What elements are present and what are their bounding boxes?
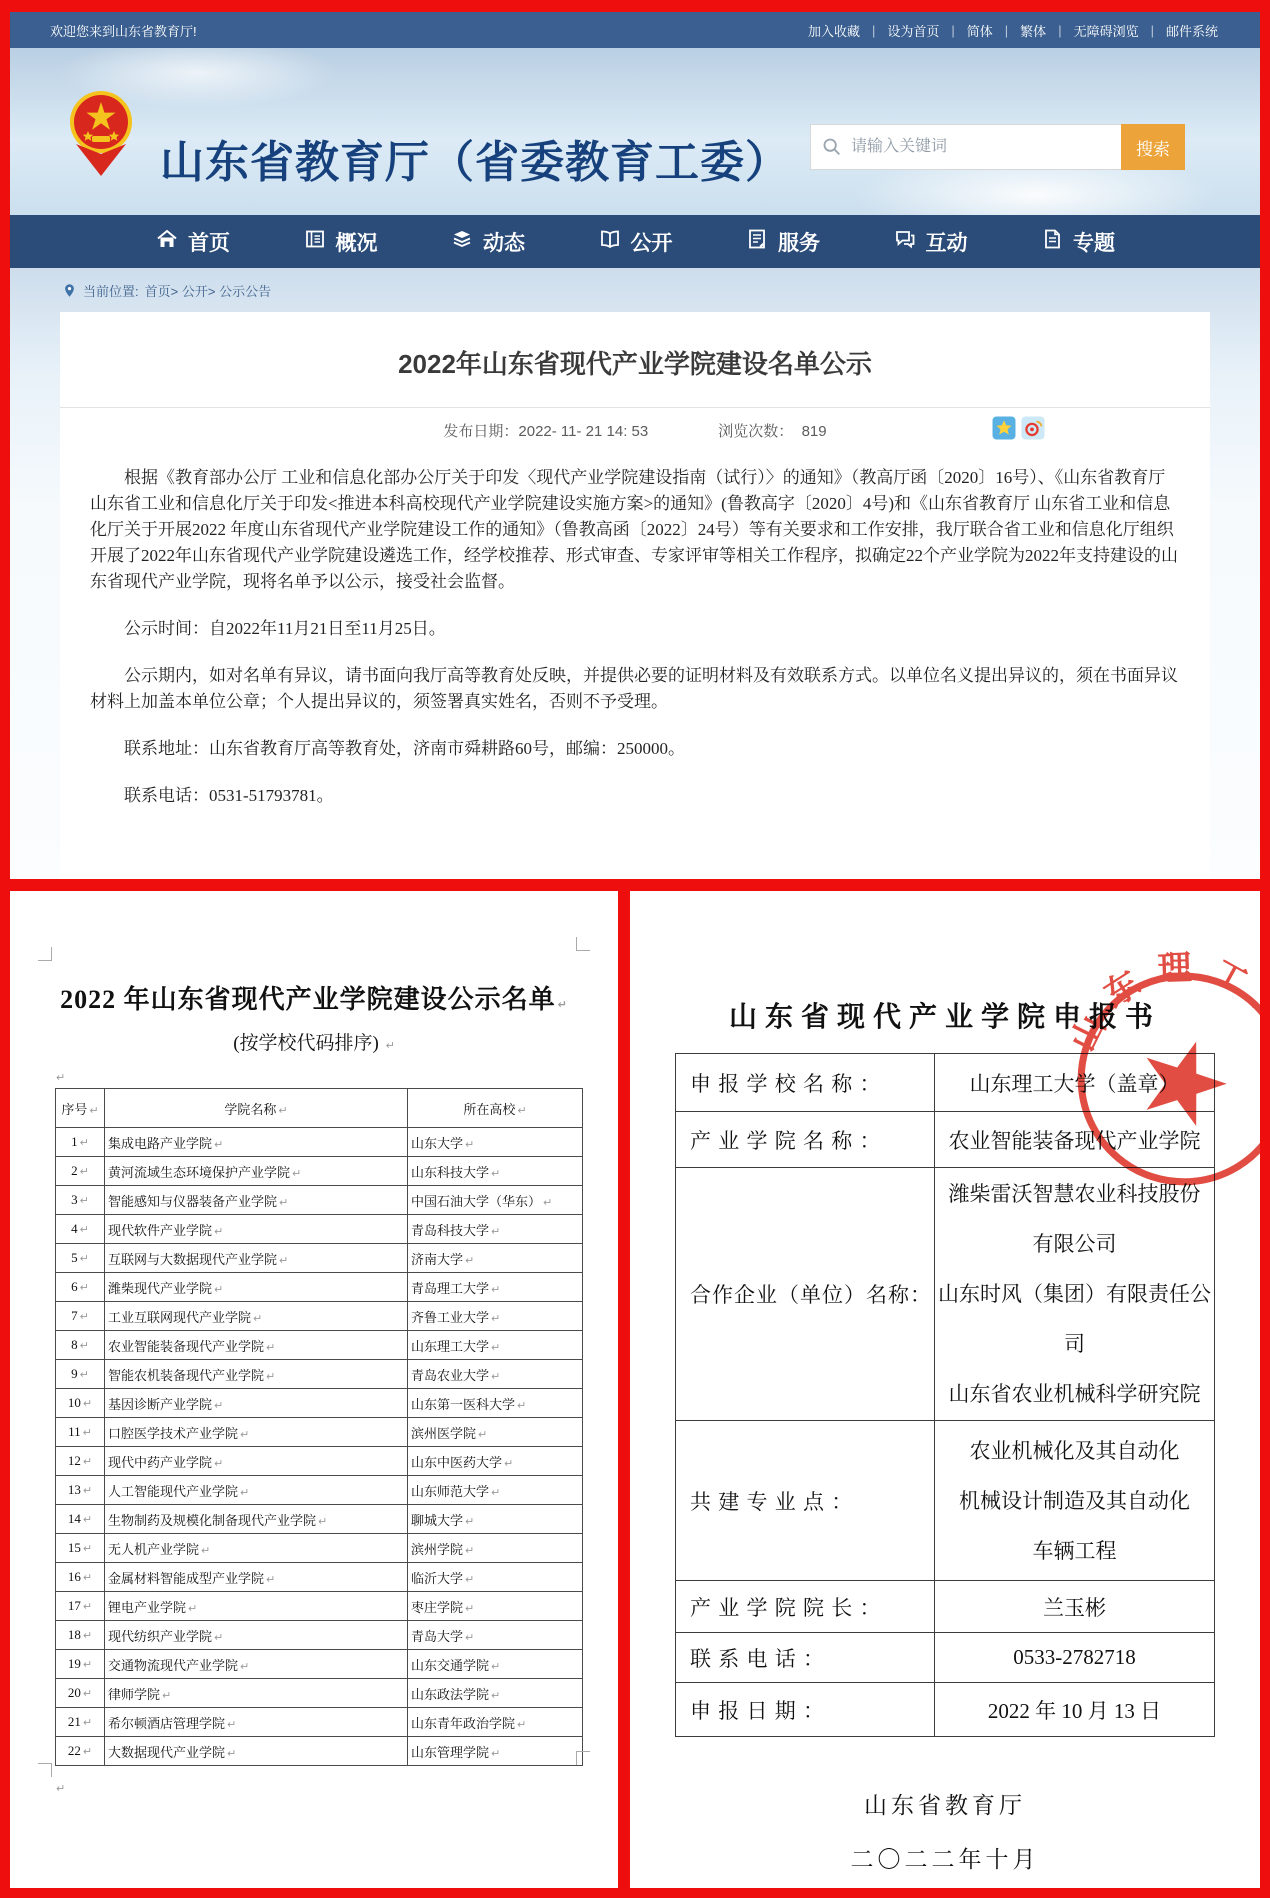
college-name-cell: 口腔医学技术产业学院↵	[105, 1418, 408, 1447]
return-mark: ↵	[80, 1194, 89, 1207]
cell-text: 16	[68, 1569, 81, 1584]
cell-text: 智能感知与仪器装备产业学院	[108, 1194, 277, 1209]
university-cell: 山东理工大学↵	[408, 1331, 583, 1360]
cell-text: 枣庄学院	[411, 1600, 463, 1615]
topbar-link-2[interactable]: 简体	[967, 21, 993, 40]
cell-text: 滨州医学院	[411, 1426, 476, 1441]
form-value-line: 兰玉彬	[936, 1592, 1213, 1622]
table-row: 7↵工业互联网现代产业学院↵齐鲁工业大学↵	[56, 1302, 583, 1331]
university-cell: 青岛理工大学↵	[408, 1273, 583, 1302]
college-list-table: 序号↵学院名称↵所在高校↵ 1↵集成电路产业学院↵山东大学↵2↵黄河流域生态环境…	[55, 1088, 583, 1766]
form-row-label: 共 建 专 业 点 ：	[676, 1421, 935, 1581]
return-mark: ↵	[83, 1484, 92, 1497]
article-meta: 发布日期：2022- 11- 21 14: 53 浏览次数： 819	[60, 408, 1210, 441]
university-cell: 青岛农业大学↵	[408, 1360, 583, 1389]
cell-text: 交通物流现代产业学院	[108, 1658, 238, 1673]
university-cell: 山东管理学院↵	[408, 1737, 583, 1766]
cell-text: 齐鲁工业大学	[411, 1310, 489, 1325]
cell-text: 11	[68, 1424, 81, 1439]
return-mark: ↵	[80, 1339, 89, 1352]
return-mark: ↵	[543, 1196, 552, 1209]
cell-text: 临沂大学	[411, 1571, 463, 1586]
return-mark: ↵	[517, 1104, 526, 1117]
return-mark: ↵	[80, 1310, 89, 1323]
cell-text: 22	[68, 1743, 81, 1758]
form-value-line: 2022 年 10 月 13 日	[936, 1695, 1213, 1725]
footer-date: 二〇二二年十月	[630, 1833, 1260, 1887]
view-count: 浏览次数： 819	[718, 420, 826, 441]
nav-item-label: 首页	[188, 227, 230, 257]
form-row: 产 业 学 院 院 长 ：兰玉彬	[676, 1581, 1215, 1633]
topbar-separator: |	[1005, 23, 1008, 38]
form-value-line: 潍柴雷沃智慧农业科技股份	[936, 1169, 1213, 1219]
row-number-cell: 15↵	[56, 1534, 105, 1563]
row-number-cell: 4↵	[56, 1215, 105, 1244]
column-header-text: 学院名称	[224, 1102, 276, 1117]
form-row-label: 产 业 学 院 院 长 ：	[676, 1581, 935, 1633]
cell-text: 1	[71, 1134, 78, 1149]
return-mark: ↵	[240, 1486, 249, 1499]
page-frame: 欢迎您来到山东省教育厅! 加入收藏|设为首页|简体|繁体|无障碍浏览|邮件系统 …	[0, 0, 1270, 1898]
return-mark: ↵	[491, 1689, 500, 1702]
return-mark: ↵	[318, 1515, 327, 1528]
cell-text: 18	[68, 1627, 81, 1642]
cell-text: 生物制药及规模化制备现代产业学院	[108, 1513, 316, 1528]
college-name-cell: 农业智能装备现代产业学院↵	[105, 1331, 408, 1360]
cell-text: 青岛科技大学	[411, 1223, 489, 1238]
form-row: 产 业 学 院 名 称 ：农业智能装备现代产业学院	[676, 1112, 1215, 1168]
form-row-label: 合作企业（单位）名称：	[676, 1168, 935, 1421]
return-mark: ↵	[465, 1573, 474, 1586]
cell-text: 山东理工大学	[411, 1339, 489, 1354]
return-mark: ↵	[386, 1039, 395, 1052]
cell-text: 现代软件产业学院	[108, 1223, 212, 1238]
row-number-cell: 13↵	[56, 1476, 105, 1505]
cell-text: 13	[68, 1482, 81, 1497]
return-mark: ↵	[478, 1428, 487, 1441]
cell-text: 潍柴现代产业学院	[108, 1281, 212, 1296]
cell-text: 山东第一医科大学	[411, 1397, 515, 1412]
view-count-value: 819	[802, 423, 827, 440]
table-row: 5↵互联网与大数据现代产业学院↵济南大学↵	[56, 1244, 583, 1273]
china-national-emblem-logo	[68, 84, 134, 178]
return-mark: ↵	[266, 1573, 275, 1586]
university-cell: 滨州医学院↵	[408, 1418, 583, 1447]
cell-text: 10	[68, 1395, 81, 1410]
cell-text: 青岛理工大学	[411, 1281, 489, 1296]
college-name-cell: 现代中药产业学院↵	[105, 1447, 408, 1476]
nav-item-label: 专题	[1073, 227, 1115, 257]
public-list-document: 2022 年山东省现代产业学院建设公示名单↵ (按学校代码排序) ↵ ↵ 序号↵…	[10, 891, 618, 1888]
return-mark: ↵	[465, 1631, 474, 1644]
return-mark: ↵	[491, 1341, 500, 1354]
table-row: 4↵现代软件产业学院↵青岛科技大学↵	[56, 1215, 583, 1244]
cell-text: 青岛农业大学	[411, 1368, 489, 1383]
form-row: 申 报 日 期 ：2022 年 10 月 13 日	[676, 1683, 1215, 1737]
return-mark: ↵	[56, 1071, 618, 1084]
college-name-cell: 基因诊断产业学院↵	[105, 1389, 408, 1418]
form-row-value: 2022 年 10 月 13 日	[935, 1683, 1215, 1737]
college-name-cell: 潍柴现代产业学院↵	[105, 1273, 408, 1302]
return-mark: ↵	[279, 1196, 288, 1209]
cell-text: 黄河流域生态环境保护产业学院	[108, 1165, 290, 1180]
return-mark: ↵	[201, 1544, 210, 1557]
cell-text: 9	[71, 1366, 78, 1381]
breadcrumb-link-2[interactable]: 公示公告	[219, 284, 271, 299]
table-row: 21↵希尔顿酒店管理学院↵山东青年政治学院↵	[56, 1708, 583, 1737]
cell-text: 金属材料智能成型产业学院	[108, 1571, 264, 1586]
form-footer: 山东省教育厅 二〇二二年十月	[630, 1779, 1260, 1887]
table-row: 14↵生物制药及规模化制备现代产业学院↵聊城大学↵	[56, 1505, 583, 1534]
cell-text: 律师学院	[108, 1687, 160, 1702]
cell-text: 现代纺织产业学院	[108, 1629, 212, 1644]
table-row: 8↵农业智能装备现代产业学院↵山东理工大学↵	[56, 1331, 583, 1360]
return-mark: ↵	[83, 1745, 92, 1758]
topics-icon	[1040, 227, 1064, 257]
site-title: 山东省教育厅（省委教育工委）	[160, 126, 790, 190]
university-cell: 齐鲁工业大学↵	[408, 1302, 583, 1331]
table-row: 18↵现代纺织产业学院↵青岛大学↵	[56, 1621, 583, 1650]
topbar-link-4[interactable]: 无障碍浏览	[1074, 21, 1139, 40]
nav-item-动态[interactable]: 动态	[450, 227, 525, 257]
article-paragraph: 公示期内，如对名单有异议，请书面向我厅高等教育处反映，并提供必要的证明材料及有效…	[90, 663, 1178, 715]
cell-text: 15	[68, 1540, 81, 1555]
table-row: 10↵基因诊断产业学院↵山东第一医科大学↵	[56, 1389, 583, 1418]
search-button[interactable]: 搜索	[1121, 124, 1185, 170]
row-number-cell: 7↵	[56, 1302, 105, 1331]
college-name-cell: 生物制药及规模化制备现代产业学院↵	[105, 1505, 408, 1534]
breadcrumb-parts: 首页> 公开> 公示公告	[145, 281, 271, 300]
breadcrumb-link-1[interactable]: 公开	[182, 284, 208, 299]
return-mark: ↵	[214, 1631, 223, 1644]
college-name-cell: 智能感知与仪器装备产业学院↵	[105, 1186, 408, 1215]
qzone-share-icon[interactable]	[992, 416, 1016, 440]
return-mark: ↵	[83, 1542, 92, 1555]
topbar-separator: |	[872, 23, 875, 38]
interaction-icon	[893, 227, 917, 257]
topbar-link-1[interactable]: 设为首页	[887, 21, 939, 40]
table-row: 16↵金属材料智能成型产业学院↵临沂大学↵	[56, 1563, 583, 1592]
university-cell: 山东师范大学↵	[408, 1476, 583, 1505]
nav-item-label: 概况	[336, 227, 378, 257]
row-number-cell: 6↵	[56, 1273, 105, 1302]
publish-date-label: 发布日期：	[443, 423, 518, 440]
cell-text: 20	[68, 1685, 81, 1700]
article-paragraph: 根据《教育部办公厅 工业和信息化部办公厅关于印发〈现代产业学院建设指南（试行）〉…	[90, 465, 1178, 595]
table-row: 12↵现代中药产业学院↵山东中医药大学↵	[56, 1447, 583, 1476]
table-row: 2↵黄河流域生态环境保护产业学院↵山东科技大学↵	[56, 1157, 583, 1186]
return-mark: ↵	[465, 1515, 474, 1528]
return-mark: ↵	[214, 1225, 223, 1238]
return-mark: ↵	[266, 1341, 275, 1354]
overview-icon	[303, 227, 327, 257]
table-header-row: 序号↵学院名称↵所在高校↵	[56, 1089, 583, 1128]
nav-item-专题[interactable]: 专题	[1040, 227, 1115, 257]
return-mark: ↵	[491, 1312, 500, 1325]
cell-text: 14	[68, 1511, 81, 1526]
row-number-cell: 8↵	[56, 1331, 105, 1360]
news-icon	[450, 227, 474, 257]
margin-crop-mark	[576, 1751, 590, 1765]
row-number-cell: 2↵	[56, 1157, 105, 1186]
welcome-text: 欢迎您来到山东省教育厅!	[50, 21, 197, 40]
form-row-value: 0533-2782718	[935, 1633, 1215, 1683]
cell-text: 中国石油大学（华东）	[411, 1194, 541, 1209]
cell-text: 6	[71, 1279, 78, 1294]
topbar-link-3[interactable]: 繁体	[1020, 21, 1046, 40]
article-card: 2022年山东省现代产业学院建设名单公示 发布日期：2022- 11- 21 1…	[60, 312, 1210, 879]
table-row: 15↵无人机产业学院↵滨州学院↵	[56, 1534, 583, 1563]
return-mark: ↵	[266, 1370, 275, 1383]
topbar-separator: |	[951, 23, 954, 38]
college-name-cell: 交通物流现代产业学院↵	[105, 1650, 408, 1679]
form-row-value: 农业机械化及其自动化机械设计制造及其自动化车辆工程	[935, 1421, 1215, 1581]
cell-text: 2	[71, 1163, 78, 1178]
cell-text: 希尔顿酒店管理学院	[108, 1716, 225, 1731]
row-number-cell: 21↵	[56, 1708, 105, 1737]
list-document-subtitle: (按学校代码排序) ↵	[10, 1028, 618, 1055]
breadcrumb-separator: >	[208, 284, 219, 299]
cell-text: 现代中药产业学院	[108, 1455, 212, 1470]
return-mark: ↵	[214, 1457, 223, 1470]
return-mark: ↵	[80, 1281, 89, 1294]
cell-text: 无人机产业学院	[108, 1542, 199, 1557]
openness-icon	[598, 227, 622, 257]
cell-text: 智能农机装备现代产业学院	[108, 1368, 264, 1383]
nav-item-互动[interactable]: 互动	[893, 227, 968, 257]
return-mark: ↵	[83, 1455, 92, 1468]
return-mark: ↵	[80, 1136, 89, 1149]
return-mark: ↵	[83, 1629, 92, 1642]
return-mark: ↵	[465, 1544, 474, 1557]
column-header-text: 序号	[61, 1102, 87, 1117]
topbar-link-0[interactable]: 加入收藏	[808, 21, 860, 40]
university-cell: 山东科技大学↵	[408, 1157, 583, 1186]
form-value-line: 山东省农业机械科学研究院	[936, 1369, 1213, 1419]
list-document-title: 2022 年山东省现代产业学院建设公示名单↵	[10, 891, 618, 1016]
share-icons	[992, 416, 1045, 440]
row-number-cell: 10↵	[56, 1389, 105, 1418]
row-number-cell: 11↵	[56, 1418, 105, 1447]
row-number-cell: 12↵	[56, 1447, 105, 1476]
breadcrumb: 当前位置: 首页> 公开> 公示公告	[10, 268, 1260, 312]
row-number-cell: 16↵	[56, 1563, 105, 1592]
university-cell: 山东政法学院↵	[408, 1679, 583, 1708]
return-mark: ↵	[278, 1104, 287, 1117]
university-cell: 临沂大学↵	[408, 1563, 583, 1592]
column-header-text: 所在高校	[463, 1102, 515, 1117]
cell-text: 4	[71, 1221, 78, 1236]
search-input[interactable]	[810, 124, 1121, 170]
return-mark: ↵	[83, 1687, 92, 1700]
form-row: 合作企业（单位）名称：潍柴雷沃智慧农业科技股份有限公司山东时风（集团）有限责任公…	[676, 1168, 1215, 1421]
topbar-link-5[interactable]: 邮件系统	[1166, 21, 1218, 40]
form-value-line: 山东理工大学（盖章）	[936, 1068, 1213, 1098]
cell-text: 口腔医学技术产业学院	[108, 1426, 238, 1441]
return-mark: ↵	[162, 1689, 171, 1702]
margin-crop-mark	[38, 947, 52, 961]
cell-text: 人工智能现代产业学院	[108, 1484, 238, 1499]
cell-text: 8	[71, 1337, 78, 1352]
return-mark: ↵	[465, 1138, 474, 1151]
college-name-cell: 人工智能现代产业学院↵	[105, 1476, 408, 1505]
return-mark: ↵	[214, 1399, 223, 1412]
cell-text: 山东中医药大学	[411, 1455, 502, 1470]
return-mark: ↵	[188, 1602, 197, 1615]
return-mark: ↵	[517, 1718, 526, 1731]
breadcrumb-separator: >	[171, 284, 182, 299]
column-header-0: 序号↵	[56, 1089, 105, 1128]
breadcrumb-link-0[interactable]: 首页	[145, 284, 171, 299]
row-number-cell: 1↵	[56, 1128, 105, 1157]
cell-text: 山东青年政治学院	[411, 1716, 515, 1731]
cell-text: 济南大学	[411, 1252, 463, 1267]
location-icon	[62, 283, 77, 298]
return-mark: ↵	[465, 1254, 474, 1267]
cell-text: 3	[71, 1192, 78, 1207]
content-area: 当前位置: 首页> 公开> 公示公告 2022年山东省现代产业学院建设名单公示 …	[10, 268, 1260, 879]
return-mark: ↵	[80, 1223, 89, 1236]
return-mark: ↵	[83, 1716, 92, 1729]
cell-text: 青岛大学	[411, 1629, 463, 1644]
table-row: 17↵锂电产业学院↵枣庄学院↵	[56, 1592, 583, 1621]
publish-date-value: 2022- 11- 21 14: 53	[518, 423, 648, 440]
cell-text: 21	[68, 1714, 81, 1729]
nav-item-概况[interactable]: 概况	[303, 227, 378, 257]
form-row-value: 山东理工大学（盖章）	[935, 1054, 1215, 1112]
college-name-cell: 智能农机装备现代产业学院↵	[105, 1360, 408, 1389]
cell-text: 12	[68, 1453, 81, 1468]
college-name-cell: 希尔顿酒店管理学院↵	[105, 1708, 408, 1737]
college-name-cell: 无人机产业学院↵	[105, 1534, 408, 1563]
return-mark: ↵	[80, 1368, 89, 1381]
return-mark: ↵	[517, 1399, 526, 1412]
form-document-title: 山东省现代产业学院申报书	[630, 891, 1260, 1035]
return-mark: ↵	[80, 1252, 89, 1265]
return-mark: ↵	[491, 1747, 500, 1760]
topbar: 欢迎您来到山东省教育厅! 加入收藏|设为首页|简体|繁体|无障碍浏览|邮件系统	[10, 12, 1260, 48]
return-mark: ↵	[491, 1486, 500, 1499]
return-mark: ↵	[83, 1658, 92, 1671]
return-mark: ↵	[83, 1571, 92, 1584]
cell-text: 农业智能装备现代产业学院	[108, 1339, 264, 1354]
return-mark: ↵	[214, 1138, 223, 1151]
form-row: 联 系 电 话 ：0533-2782718	[676, 1633, 1215, 1683]
form-row-value: 兰玉彬	[935, 1581, 1215, 1633]
application-form-document: 山东省现代产业学院申报书 申 报 学 校 名 称 ：山东理工大学（盖章）产 业 …	[630, 891, 1260, 1888]
cell-text: 锂电产业学院	[108, 1600, 186, 1615]
college-name-cell: 互联网与大数据现代产业学院↵	[105, 1244, 408, 1273]
return-mark: ↵	[214, 1283, 223, 1296]
cell-text: 山东师范大学	[411, 1484, 489, 1499]
form-row: 申 报 学 校 名 称 ：山东理工大学（盖章）	[676, 1054, 1215, 1112]
university-cell: 山东中医药大学↵	[408, 1447, 583, 1476]
cell-text: 山东大学	[411, 1136, 463, 1151]
university-cell: 济南大学↵	[408, 1244, 583, 1273]
cell-text: 山东科技大学	[411, 1165, 489, 1180]
weibo-share-icon[interactable]	[1021, 416, 1045, 440]
return-mark: ↵	[83, 1397, 92, 1410]
university-cell: 山东交通学院↵	[408, 1650, 583, 1679]
cell-text: 山东政法学院	[411, 1687, 489, 1702]
nav-item-label: 服务	[778, 227, 820, 257]
return-mark: ↵	[240, 1660, 249, 1673]
return-mark: ↵	[227, 1718, 236, 1731]
university-cell: 滨州学院↵	[408, 1534, 583, 1563]
cell-text: 大数据现代产业学院	[108, 1745, 225, 1760]
return-mark: ↵	[504, 1457, 513, 1470]
return-mark: ↵	[491, 1283, 500, 1296]
college-name-cell: 律师学院↵	[105, 1679, 408, 1708]
return-mark: ↵	[240, 1428, 249, 1441]
margin-crop-mark	[576, 937, 590, 951]
topbar-separator: |	[1151, 23, 1154, 38]
form-row-value: 农业智能装备现代产业学院	[935, 1112, 1215, 1168]
row-number-cell: 20↵	[56, 1679, 105, 1708]
cell-text: 基因诊断产业学院	[108, 1397, 212, 1412]
return-mark: ↵	[292, 1167, 301, 1180]
table-row: 13↵人工智能现代产业学院↵山东师范大学↵	[56, 1476, 583, 1505]
return-mark: ↵	[89, 1104, 98, 1117]
article-paragraph: 联系电话：0531-51793781。	[90, 783, 1178, 809]
search-icon	[821, 136, 843, 158]
return-mark: ↵	[83, 1426, 92, 1439]
table-row: 6↵潍柴现代产业学院↵青岛理工大学↵	[56, 1273, 583, 1302]
form-value-line: 农业机械化及其自动化	[936, 1426, 1213, 1476]
cell-text: 工业互联网现代产业学院	[108, 1310, 251, 1325]
university-cell: 山东大学↵	[408, 1128, 583, 1157]
college-name-cell: 现代纺织产业学院↵	[105, 1621, 408, 1650]
row-number-cell: 5↵	[56, 1244, 105, 1273]
footer-agency: 山东省教育厅	[630, 1779, 1260, 1833]
return-mark: ↵	[491, 1660, 500, 1673]
cell-text: 19	[68, 1656, 81, 1671]
form-value-line: 车辆工程	[936, 1526, 1213, 1576]
topbar-links: 加入收藏|设为首页|简体|繁体|无障碍浏览|邮件系统	[808, 21, 1218, 40]
search-box: 搜索	[810, 124, 1185, 170]
service-icon	[745, 227, 769, 257]
cell-text: 17	[68, 1598, 81, 1613]
main-navigation: 首页概况动态公开服务互动专题	[10, 215, 1260, 268]
table-row: 11↵口腔医学技术产业学院↵滨州医学院↵	[56, 1418, 583, 1447]
return-mark: ↵	[465, 1602, 474, 1615]
cell-text: 滨州学院	[411, 1542, 463, 1557]
form-row: 共 建 专 业 点 ：农业机械化及其自动化机械设计制造及其自动化车辆工程	[676, 1421, 1215, 1581]
nav-item-服务[interactable]: 服务	[745, 227, 820, 257]
nav-item-首页[interactable]: 首页	[155, 227, 230, 257]
form-row-value: 潍柴雷沃智慧农业科技股份有限公司山东时风（集团）有限责任公司山东省农业机械科学研…	[935, 1168, 1215, 1421]
website-section: 欢迎您来到山东省教育厅! 加入收藏|设为首页|简体|繁体|无障碍浏览|邮件系统 …	[10, 12, 1260, 879]
university-cell: 青岛科技大学↵	[408, 1215, 583, 1244]
cell-text: 7	[71, 1308, 78, 1323]
article-body: 根据《教育部办公厅 工业和信息化部办公厅关于印发〈现代产业学院建设指南（试行）〉…	[60, 441, 1210, 809]
view-count-label: 浏览次数：	[718, 423, 793, 440]
return-mark: ↵	[491, 1167, 500, 1180]
return-mark: ↵	[491, 1370, 500, 1383]
university-cell: 青岛大学↵	[408, 1621, 583, 1650]
table-row: 20↵律师学院↵山东政法学院↵	[56, 1679, 583, 1708]
article-title: 2022年山东省现代产业学院建设名单公示	[60, 312, 1210, 381]
column-header-2: 所在高校↵	[408, 1089, 583, 1128]
college-name-cell: 锂电产业学院↵	[105, 1592, 408, 1621]
cell-text: 山东交通学院	[411, 1658, 489, 1673]
column-header-1: 学院名称↵	[105, 1089, 408, 1128]
table-body: 1↵集成电路产业学院↵山东大学↵2↵黄河流域生态环境保护产业学院↵山东科技大学↵…	[56, 1128, 583, 1766]
cell-text: 5	[71, 1250, 78, 1265]
form-row-label: 联 系 电 话 ：	[676, 1633, 935, 1683]
return-mark: ↵	[253, 1312, 262, 1325]
nav-item-公开[interactable]: 公开	[598, 227, 673, 257]
